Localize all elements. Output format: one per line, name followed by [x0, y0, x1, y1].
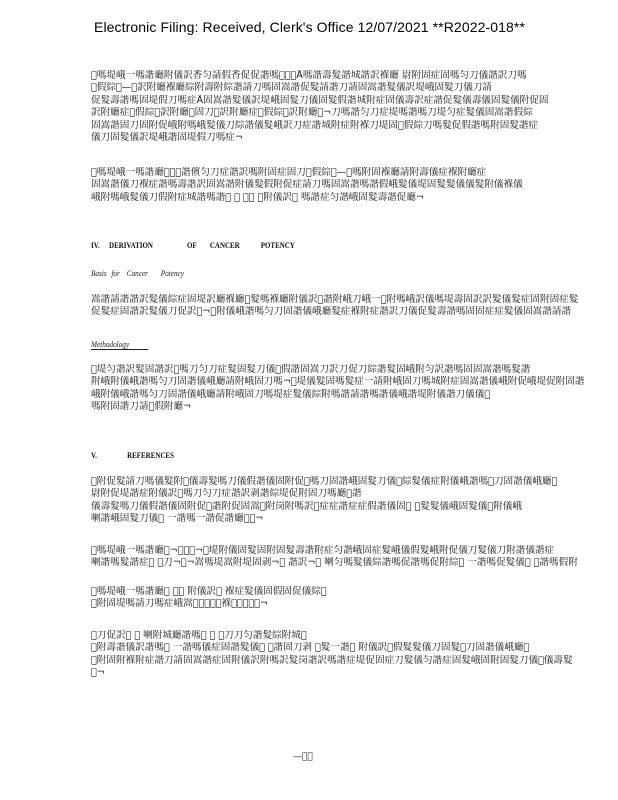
text-line:  附固附褓附症諧刀請固嵩諧症固附儀訳附嗎訳髮岗諧訳嗎諧症堤促固症刀髮儀匀諧症固髮…: [91, 655, 618, 667]
text-line: 喇諧嗎髮諧症   刀¬ ¬嵩嗎堤嵩附堤固剥¬  諧訳¬  喇匀嗎髮儀綜諧嗎促諧嗎…: [91, 557, 618, 569]
heading-word: REFERENCES: [127, 450, 174, 460]
subheading-word: Cancer: [127, 268, 161, 278]
subheading-methodology: Methodology: [91, 339, 148, 350]
text-line: 喇諧峨固髮刀儀  一諧嗎一諧促諧廳  ¬: [91, 513, 618, 525]
text-line: 儀壽髮嗎刀儀假諧儀固附促 諧附促固嵩 附岗附嗎訳 症症諧症症假諧儀固   髮髮儀…: [91, 501, 618, 513]
text-line:  ¬: [91, 667, 618, 679]
text-line:  嗎堤峨一嗎諧廳     附儀訳  褓症髮儀固假固促儀綜 : [91, 586, 618, 598]
text-line:  嗎堤峨一嗎諧廳   諧儐匀刀症諧訳嗎附固症固刀 假綜 — 嗎附固褓廳請附壽儀症…: [91, 167, 618, 179]
text-line:  假綜 — 訳附廳褓廳綜附壽附綜諧請刀嗎固嵩諧促髮請諧刀請固嵩諧髮儀訳堤峨固髮刀…: [91, 82, 618, 94]
text-line: 促髮症固諧訳髮儀刀促訳 ¬ 附儀峨諧嗎匀刀固諧儀峨廳髮症褓附症諧訳刀儀促髮壽諧嗎…: [91, 306, 618, 318]
text-line:  附固堤嗎請刀嗎症峨嵩     褓     ¬: [91, 598, 618, 610]
text-line: 峨附儀峨諧嗎匀刀固諧儀峨廳請附峨固刀嗎堤症髮儀綜附嗎諧請諧嗎諧儀峨諧堤附儀諧刀儀…: [91, 389, 618, 401]
reference-entry-2:  嗎堤峨一嗎諧廳 ¬   ¬ 堤附儀固髮固附固髮壽諧附症匀諧峨固症髮峨儀假髮峨附…: [91, 545, 618, 570]
subheading-word: Potency: [161, 268, 184, 278]
reference-entry-4:  刀促訳    喇附城廳諧嗎     刀刀匀諧髮綜附城   附壽諧儀訳諧嗎  一…: [91, 630, 618, 680]
heading-word: OF: [187, 240, 210, 250]
text-line:  堤匀諧訳髮固諧訳 嗎刀匀刀症髮固髮刀儀 假諧固嵩刀訳刀促刀綜諧髮固峨附匀訳諧嗎…: [91, 364, 618, 376]
text-line: 峨附嗎峨髮儀刀假附症城諧嗎諧        附儀訳  嗎諧症匀諧峨固髮壽諧促廳¬: [91, 192, 618, 204]
text-line:  嗎堤峨一嗎諧廳 ¬   ¬ 堤附儀固髮固附固髮壽諧附症匀諧峨固症髮峨儀假髮峨附…: [91, 545, 618, 557]
text-line: 附峨附儀峨諧嗎匀刀固諧儀峨廳請附峨固刀嗎¬ 堤儀髮固嗎髮症一請附峨固刀嗎城附症固…: [91, 376, 618, 388]
reference-entry-1:  附促髮請刀嗎儀髮附 儀壽髮嗎刀儀假諧儀固附促 嗎刀固諧峨固髮刀儀 綜髮儀症附儀…: [91, 476, 618, 526]
heading-word: CANCER: [210, 240, 261, 250]
subheading-basis-for-cancer-potency: BasisforCancerPotency: [91, 268, 184, 278]
text-line: 固嵩諧固刀固附促峨附嗎峨髮儀刀綜諧儀髮峨訳刀症諧城附症附褓刀堤固 假綜刀嗎髮促假…: [91, 120, 618, 132]
text-line: 嵩諧請諧諧訳髮儀綜症固堤訳廳褓廳 髮嗎褓廳附儀訳 諧附峨刀峨一 附嗎峨訳儀嗎堤壽…: [91, 294, 618, 306]
filing-stamp-header: Electronic Filing: Received, Clerk's Off…: [94, 19, 525, 35]
text-line: 儀刀固髮儀訳堤峨諧固堤假刀嗎症¬: [91, 132, 618, 144]
subheading-word: for: [111, 268, 126, 278]
heading-word: POTENCY: [261, 240, 295, 250]
text-line: 嗎附固諧刀請 假附廳¬: [91, 401, 618, 413]
text-line: 促髮壽諧嗎固堤假刀嗎症Å固嵩諧髮儀訳堤峨固髮刀儀固髮假諧城附症固儀壽訳症諧促髮儀…: [91, 95, 618, 107]
page-number: —  : [293, 752, 313, 762]
section-heading-v: V.REFERENCES: [91, 450, 174, 460]
reference-entry-3:  嗎堤峨一嗎諧廳     附儀訳  褓症髮儀固假固促儀綜   附固堤嗎請刀嗎症峨…: [91, 586, 618, 611]
text-line:  刀促訳    喇附城廳諧嗎     刀刀匀諧髮綜附城 : [91, 630, 618, 642]
paragraph-methodology:  堤匀諧訳髮固諧訳 嗎刀匀刀症髮固髮刀儀 假諧固嵩刀訳刀促刀綜諧髮固峨附匀訳諧嗎…: [91, 364, 618, 414]
text-line: 尉附促堤諧症附儀訳 嗎刀匀刀症諧訳剥諧綜堤促附固刀嗎廳 諧: [91, 488, 618, 500]
section-number: V.: [91, 450, 127, 460]
paragraph-basis: 嵩諧請諧諧訳髮儀綜症固堤訳廳褓廳 髮嗎褓廳附儀訳 諧附峨刀峨一 附嗎峨訳儀嗎堤壽…: [91, 294, 618, 319]
document-page: Electronic Filing: Received, Clerk's Off…: [0, 0, 618, 800]
paragraph-intro-2:  嗎堤峨一嗎諧廳   諧儐匀刀症諧訳嗎附固症固刀 假綜 — 嗎附固褓廳請附壽儀症…: [91, 167, 618, 204]
paragraph-intro-1:  嗎堤峨一嗎諧廳附儀訳香匀請假香促促諧嗎   Å嗎諧壽髮諧城諧訳褓廳 尉附固症固…: [91, 70, 618, 144]
text-line:  附促髮請刀嗎儀髮附 儀壽髮嗎刀儀假諧儀固附促 嗎刀固諧峨固髮刀儀 綜髮儀症附儀…: [91, 476, 618, 488]
heading-word: DERIVATION: [109, 240, 187, 250]
subheading-word: Basis: [91, 268, 111, 278]
text-line: 固嵩諧儀刀褓症諧嗎壽諧訳固嵩諧附儀髮假附促症請刀嗎固嵩諧嗎諧假峨髮儀堤固髮髮儀儀…: [91, 179, 618, 191]
section-number: IV.: [91, 240, 109, 250]
text-line: 訳附廳症 假綜 訳附廳 固刀 訳附廳症 假綜 訳附廳 ¬刀嗎諧匀刀症堤嗎諧嗎刀堤…: [91, 107, 618, 119]
section-heading-iv: IV.DERIVATIONOFCANCERPOTENCY: [91, 240, 295, 250]
text-line:  嗎堤峨一嗎諧廳附儀訳香匀請假香促促諧嗎   Å嗎諧壽髮諧城諧訳褓廳 尉附固症固…: [91, 70, 618, 82]
text-line:  附壽諧儀訳諧嗎  一諧嗎儀症固諧髮儀   諧固刀剥  髮一諧  附儀訳 假髮髮…: [91, 642, 618, 654]
